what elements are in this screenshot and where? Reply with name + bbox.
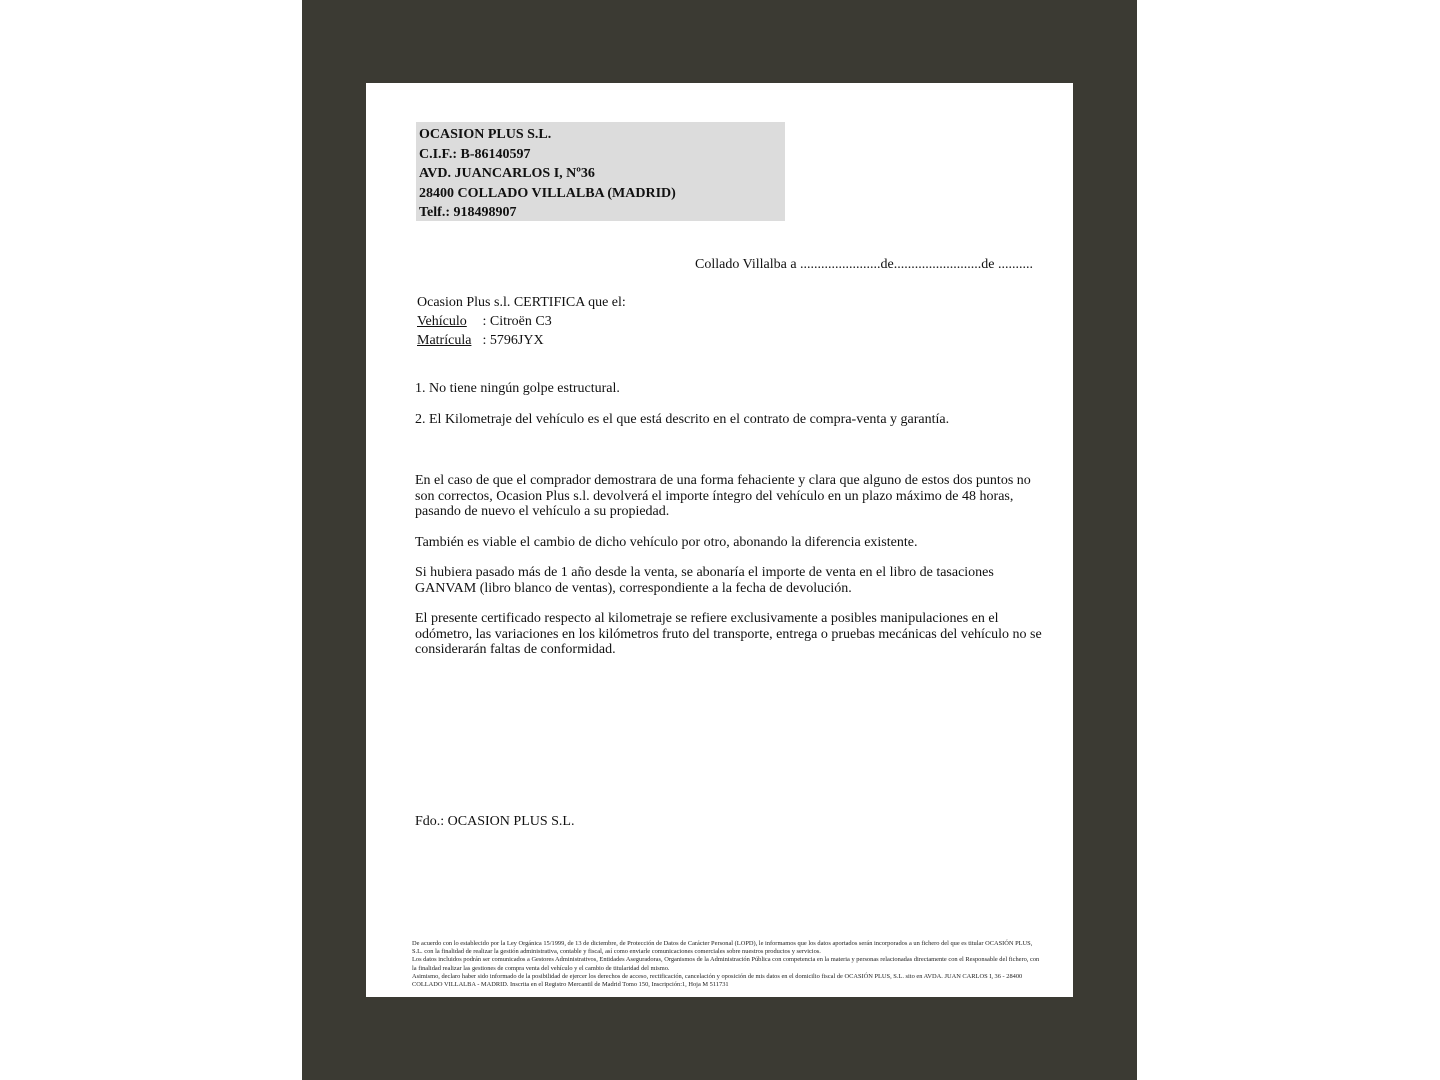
legal-footer: De acuerdo con lo establecido por la Ley…: [412, 940, 1042, 989]
legal-paragraph: Asimismo, declaro haber sido informado d…: [412, 973, 1042, 989]
company-phone: Telf.: 918498907: [419, 203, 785, 223]
legal-paragraph: De acuerdo con lo establecido por la Ley…: [412, 940, 1042, 956]
vehicle-label: Vehículo: [417, 312, 479, 331]
date-line: Collado Villalba a .....................…: [695, 257, 1033, 273]
plate-label: Matrícula: [417, 331, 479, 350]
paragraph: En el caso de que el comprador demostrar…: [415, 473, 1045, 520]
paragraph: También es viable el cambio de dicho veh…: [415, 535, 1045, 551]
point-item: 2. El Kilometraje del vehículo es el que…: [415, 411, 949, 429]
point-item: 1. No tiene ningún golpe estructural.: [415, 380, 949, 398]
document-page: OCASION PLUS S.L. C.I.F.: B-86140597 AVD…: [366, 83, 1073, 997]
company-name: OCASION PLUS S.L.: [419, 125, 785, 145]
company-address: AVD. JUANCARLOS I, Nº36: [419, 164, 785, 184]
legal-paragraph: Los datos incluidos podrán ser comunicad…: [412, 956, 1042, 972]
paragraph: El presente certificado respecto al kilo…: [415, 611, 1045, 658]
certified-points: 1. No tiene ningún golpe estructural. 2.…: [415, 380, 949, 442]
certification-intro: Ocasion Plus s.l. CERTIFICA que el:: [417, 293, 626, 312]
company-city: 28400 COLLADO VILLALBA (MADRID): [419, 184, 785, 204]
company-cif: C.I.F.: B-86140597: [419, 145, 785, 165]
plate-value: : 5796JYX: [483, 333, 544, 348]
paragraph: Si hubiera pasado más de 1 año desde la …: [415, 565, 1045, 596]
plate-field: Matrícula : 5796JYX: [417, 331, 626, 350]
vehicle-value: : Citroën C3: [483, 314, 552, 329]
conditions-text: En el caso de que el comprador demostrar…: [415, 473, 1045, 673]
company-info-box: OCASION PLUS S.L. C.I.F.: B-86140597 AVD…: [416, 122, 785, 221]
vehicle-field: Vehículo : Citroën C3: [417, 312, 626, 331]
certification-block: Ocasion Plus s.l. CERTIFICA que el: Vehí…: [417, 293, 626, 350]
signature-line: Fdo.: OCASION PLUS S.L.: [415, 814, 574, 830]
